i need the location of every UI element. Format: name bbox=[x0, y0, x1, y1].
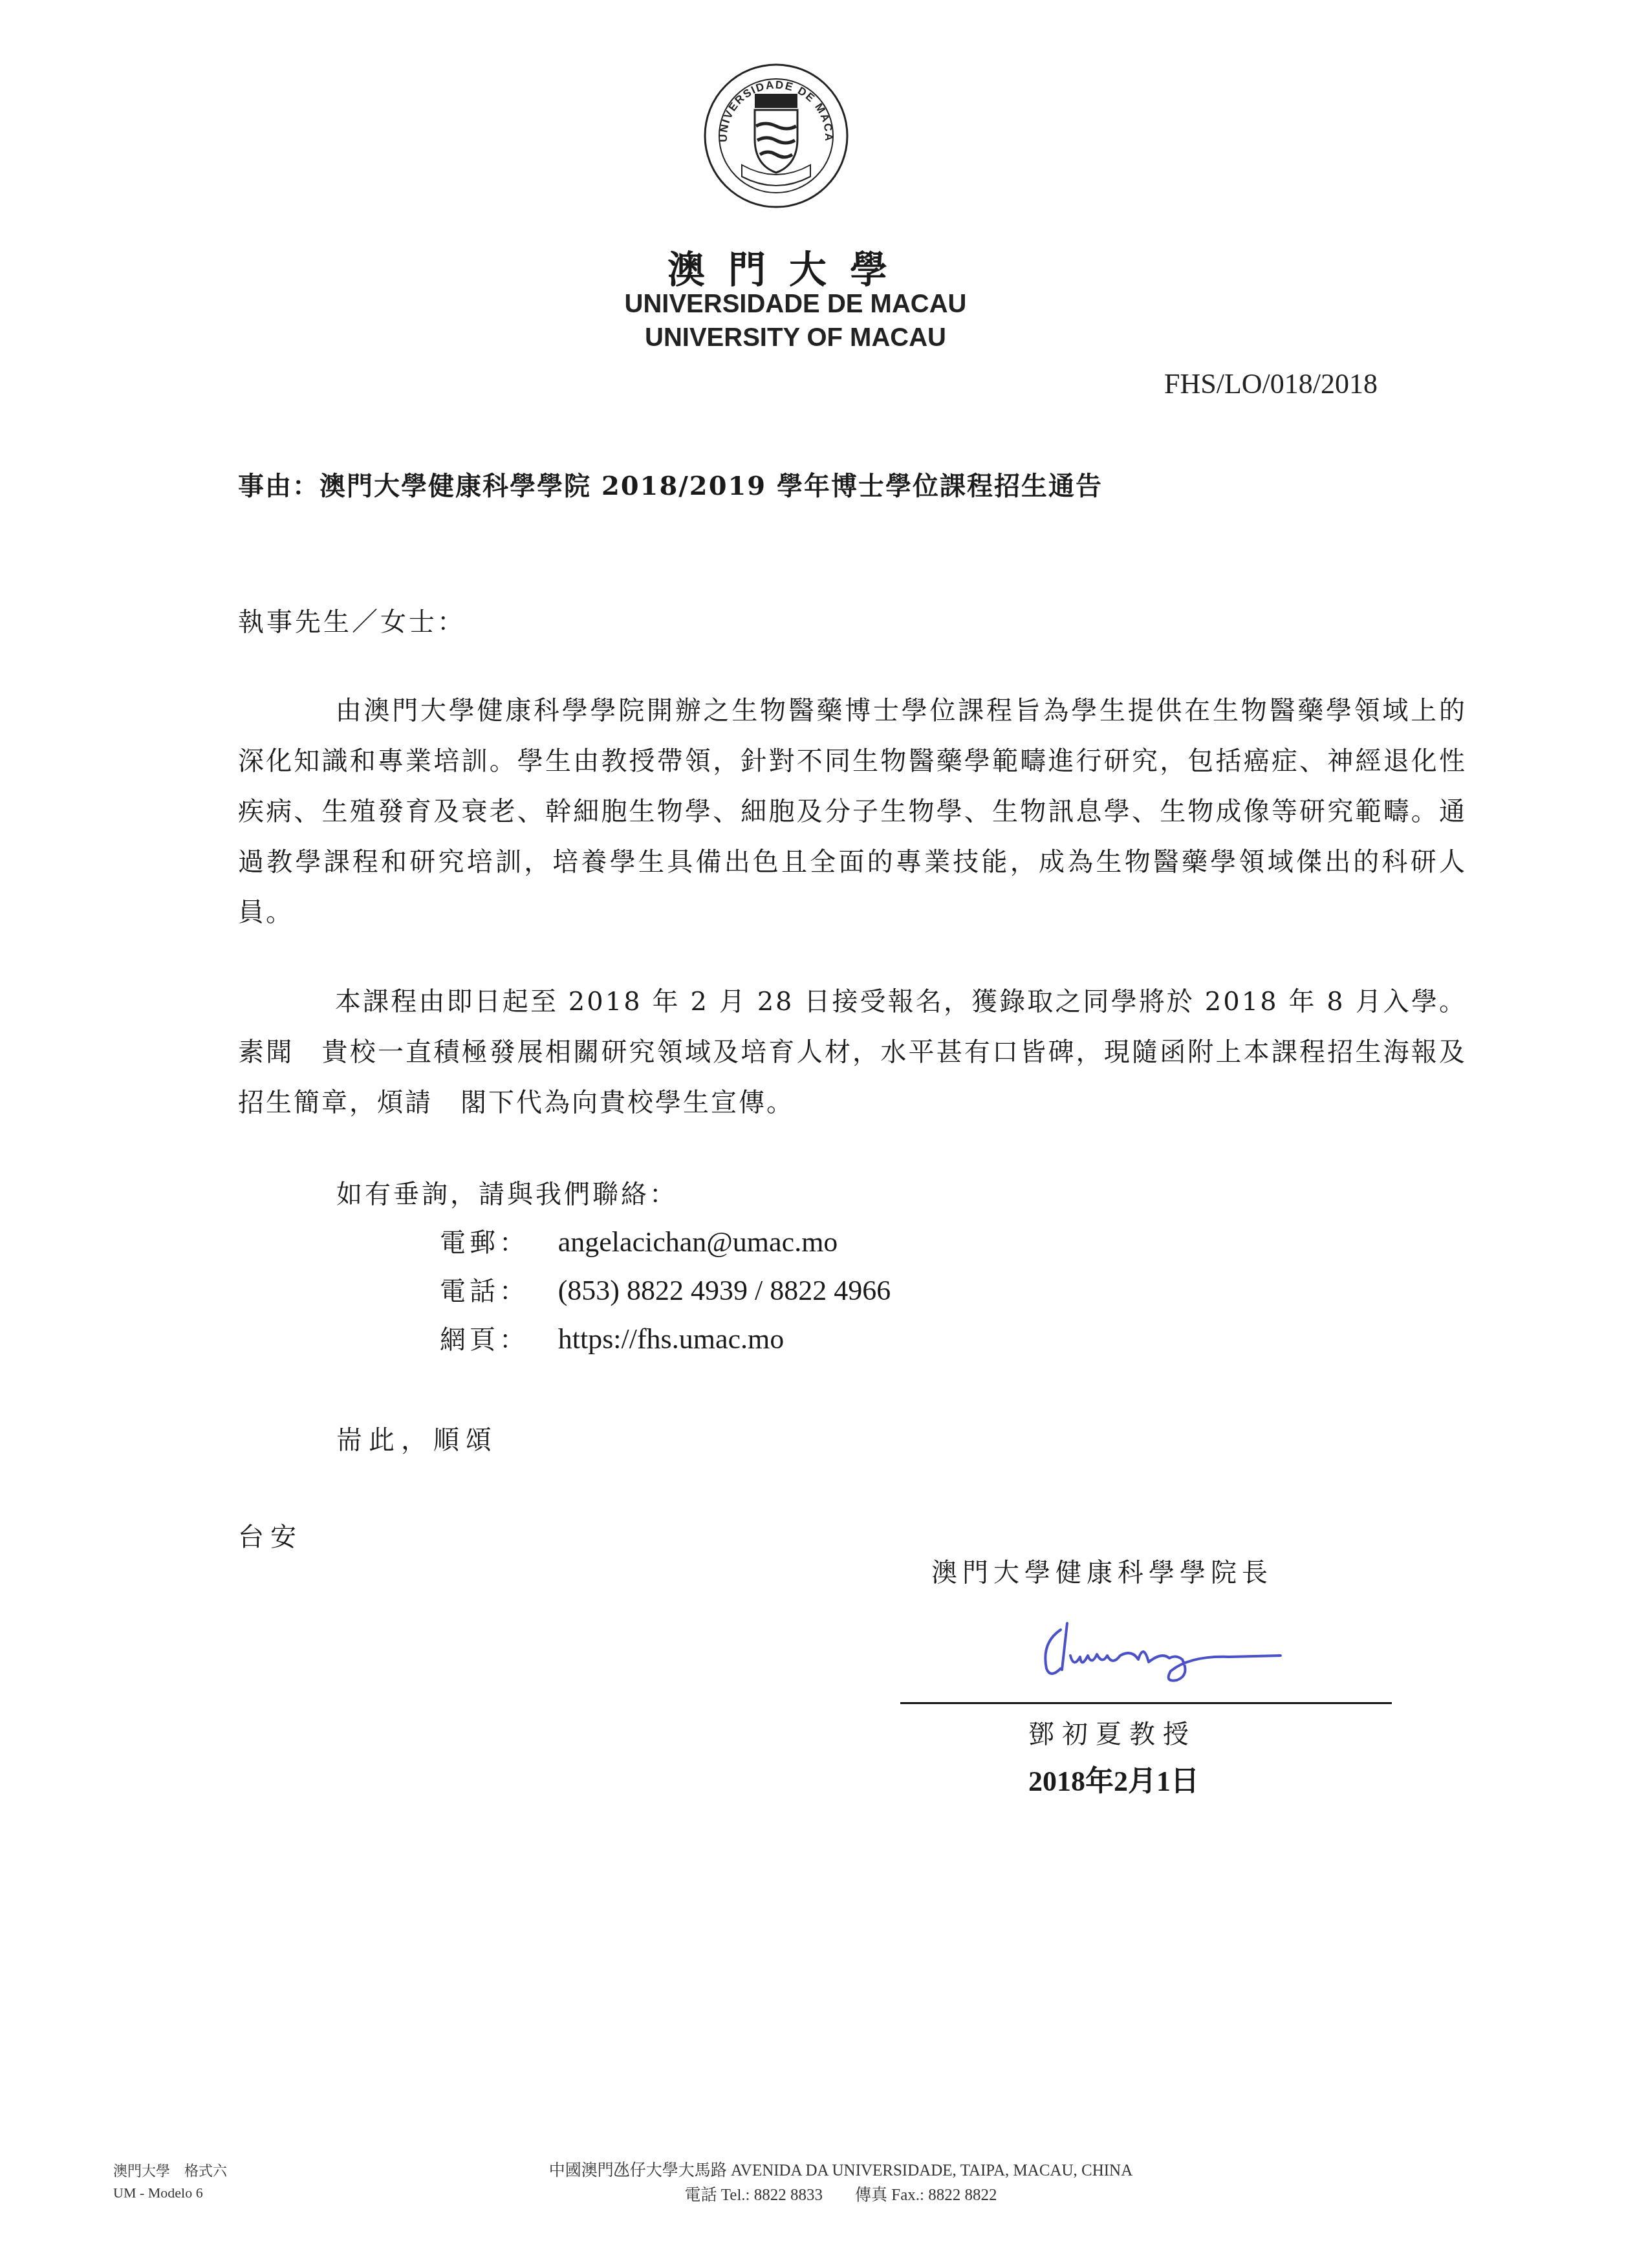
paragraph-text: 由澳門大學健康科學學院開辦之生物醫藥博士學位課程旨為學生提供在生物醫藥學領域上的… bbox=[238, 696, 1467, 927]
form-id-chinese: 澳門大學 格式六 bbox=[113, 2160, 227, 2182]
university-name-english: UNIVERSITY OF MACAU bbox=[569, 323, 1022, 352]
phone-value: (853) 8822 4939 / 8822 4966 bbox=[558, 1275, 891, 1306]
letter-date: 2018年2月1日 bbox=[1028, 1758, 1199, 1799]
tel-fax-line: 電話 Tel.: 8822 8833 傳真 Fax.: 8822 8822 bbox=[492, 2183, 1190, 2208]
email-label: 電郵： bbox=[440, 1222, 550, 1259]
university-name-portuguese: UNIVERSIDADE DE MACAU bbox=[569, 290, 1022, 319]
web-value[interactable]: https://fhs.umac.mo bbox=[558, 1323, 785, 1355]
contact-intro: 如有垂詢，請與我們聯絡： bbox=[336, 1174, 678, 1211]
reference-number: FHS/LO/018/2018 bbox=[1164, 367, 1378, 400]
university-seal-logo: UNIVERSIDADE DE MACAU bbox=[702, 61, 850, 210]
signatory-title: 澳門大學健康科學學院長 bbox=[931, 1552, 1273, 1589]
web-label: 網頁： bbox=[440, 1319, 550, 1356]
university-name-chinese: 澳門大學 bbox=[647, 239, 931, 294]
contact-web-row: 網頁： https://fhs.umac.mo bbox=[440, 1319, 784, 1356]
paragraph-text: 本課程由即日起至 2018 年 2 月 28 日接受報名，獲錄取之同學將於 20… bbox=[238, 987, 1467, 1118]
form-id-portuguese: UM - Modelo 6 bbox=[113, 2182, 227, 2204]
body-paragraph-admission: 本課程由即日起至 2018 年 2 月 28 日接受報名，獲錄取之同學將於 20… bbox=[238, 977, 1467, 1128]
contact-email-row: 電郵： angelacichan@umac.mo bbox=[440, 1222, 838, 1259]
closing-line-1: 耑此，順頌 bbox=[336, 1420, 498, 1456]
footer-form-id: 澳門大學 格式六 UM - Modelo 6 bbox=[113, 2160, 227, 2204]
footer-address: 中國澳門氹仔大學大馬路 AVENIDA DA UNIVERSIDADE, TAI… bbox=[492, 2159, 1190, 2208]
closing-line-2: 台安 bbox=[238, 1517, 303, 1553]
signature-line bbox=[900, 1702, 1392, 1704]
handwritten-signature bbox=[1035, 1617, 1306, 1688]
address-line: 中國澳門氹仔大學大馬路 AVENIDA DA UNIVERSIDADE, TAI… bbox=[492, 2159, 1190, 2183]
body-paragraph-program: 由澳門大學健康科學學院開辦之生物醫藥博士學位課程旨為學生提供在生物醫藥學領域上的… bbox=[238, 686, 1467, 938]
phone-label: 電話： bbox=[440, 1271, 550, 1308]
salutation: 執事先生／女士： bbox=[238, 601, 466, 638]
signatory-name: 鄧初夏教授 bbox=[1028, 1714, 1196, 1751]
letter-subject: 事由：澳門大學健康科學學院 2018/2019 學年博士學位課程招生通告 bbox=[238, 466, 1103, 502]
contact-phone-row: 電話： (853) 8822 4939 / 8822 4966 bbox=[440, 1271, 891, 1308]
email-value[interactable]: angelacichan@umac.mo bbox=[558, 1226, 838, 1258]
